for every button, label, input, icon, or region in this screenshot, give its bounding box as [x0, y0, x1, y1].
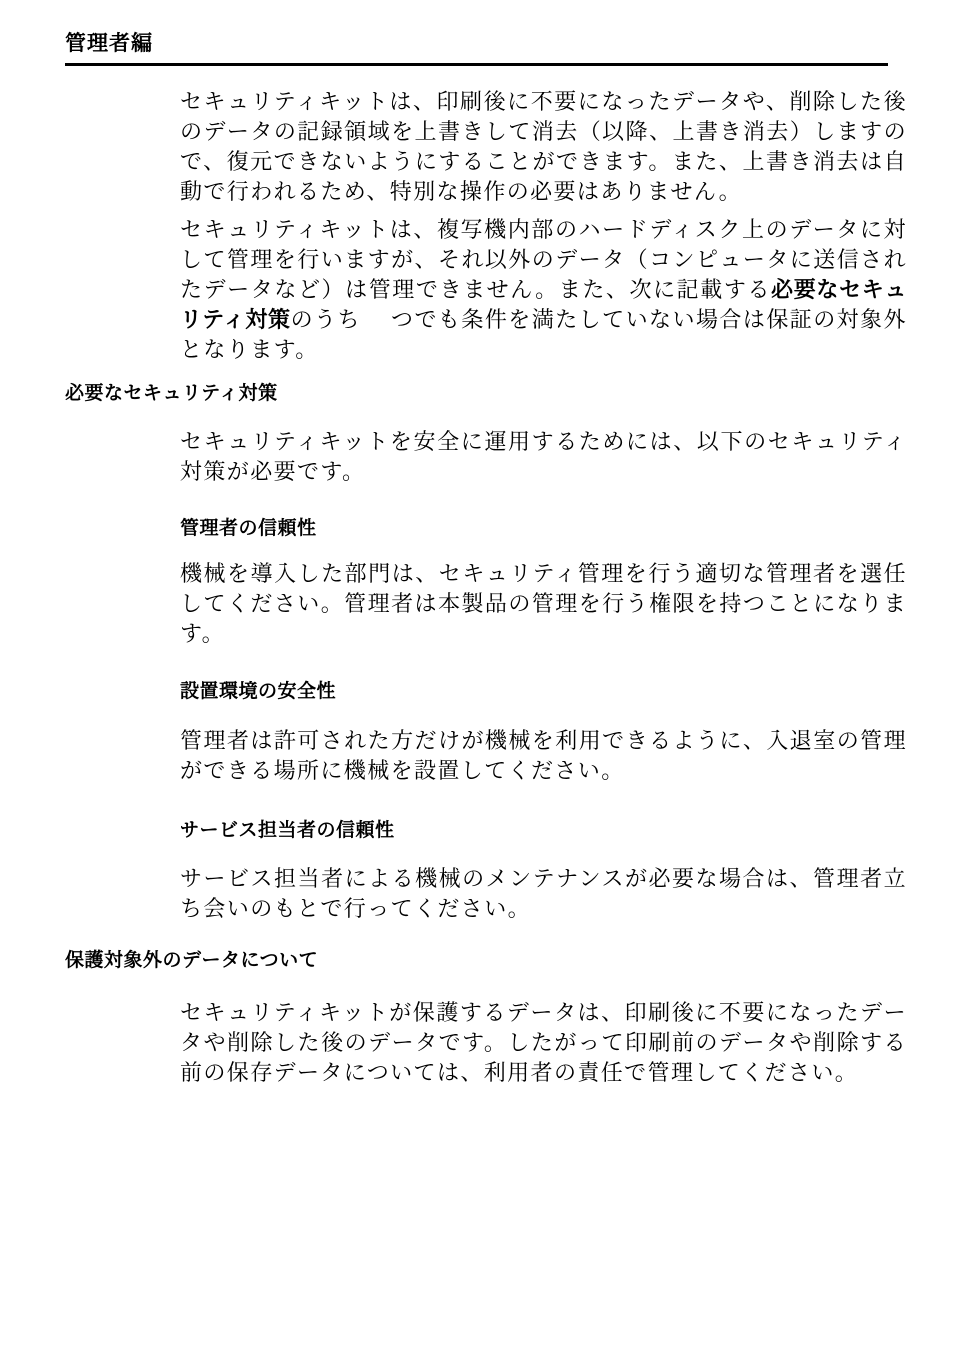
required-measures-intro-paragraph: セキュリティキットを安全に運用するためには、以下のセキュリティ対策が必要です。 — [180, 428, 907, 488]
header-rule — [65, 63, 888, 66]
unprotected-data-paragraph: セキュリティキットが保護するデータは、印刷後に不要になったデータや削除した後のデ… — [180, 999, 907, 1089]
intro-paragraph-2: セキュリティキットは、複写機内部のハードディスク上のデータに対して管理を行います… — [180, 216, 907, 366]
environment-safety-paragraph: 管理者は許可された方だけが機械を利用できるように、入退室の管理ができる場所に機械… — [180, 727, 907, 787]
running-header-title: 管理者編 — [65, 30, 888, 56]
intro-paragraph-2-text: のうち — [291, 308, 361, 333]
running-header: 管理者編 — [65, 30, 888, 63]
section-heading-unprotected-data: 保護対象外のデータについて — [65, 947, 954, 973]
section-heading-required-measures: 必要なセキュリティ対策 — [65, 380, 954, 406]
admin-trust-paragraph: 機械を導入した部門は、セキュリティ管理を行う適切な管理者を選任してください。管理… — [180, 560, 907, 650]
subheading-environment-safety: 設置環境の安全性 — [180, 679, 954, 704]
intro-paragraph-1: セキュリティキットは、印刷後に不要になったデータや、削除した後のデータの記録領域… — [180, 88, 907, 208]
service-trust-paragraph: サービス担当者による機械のメンテナンスが必要な場合は、管理者立ち会いのもとで行っ… — [180, 865, 907, 925]
subheading-service-trust: サービス担当者の信頼性 — [180, 818, 954, 843]
manual-page: 管理者編 セキュリティキットは、印刷後に不要になったデータや、削除した後のデータ… — [0, 0, 954, 1352]
subheading-admin-trust: 管理者の信頼性 — [180, 516, 954, 541]
